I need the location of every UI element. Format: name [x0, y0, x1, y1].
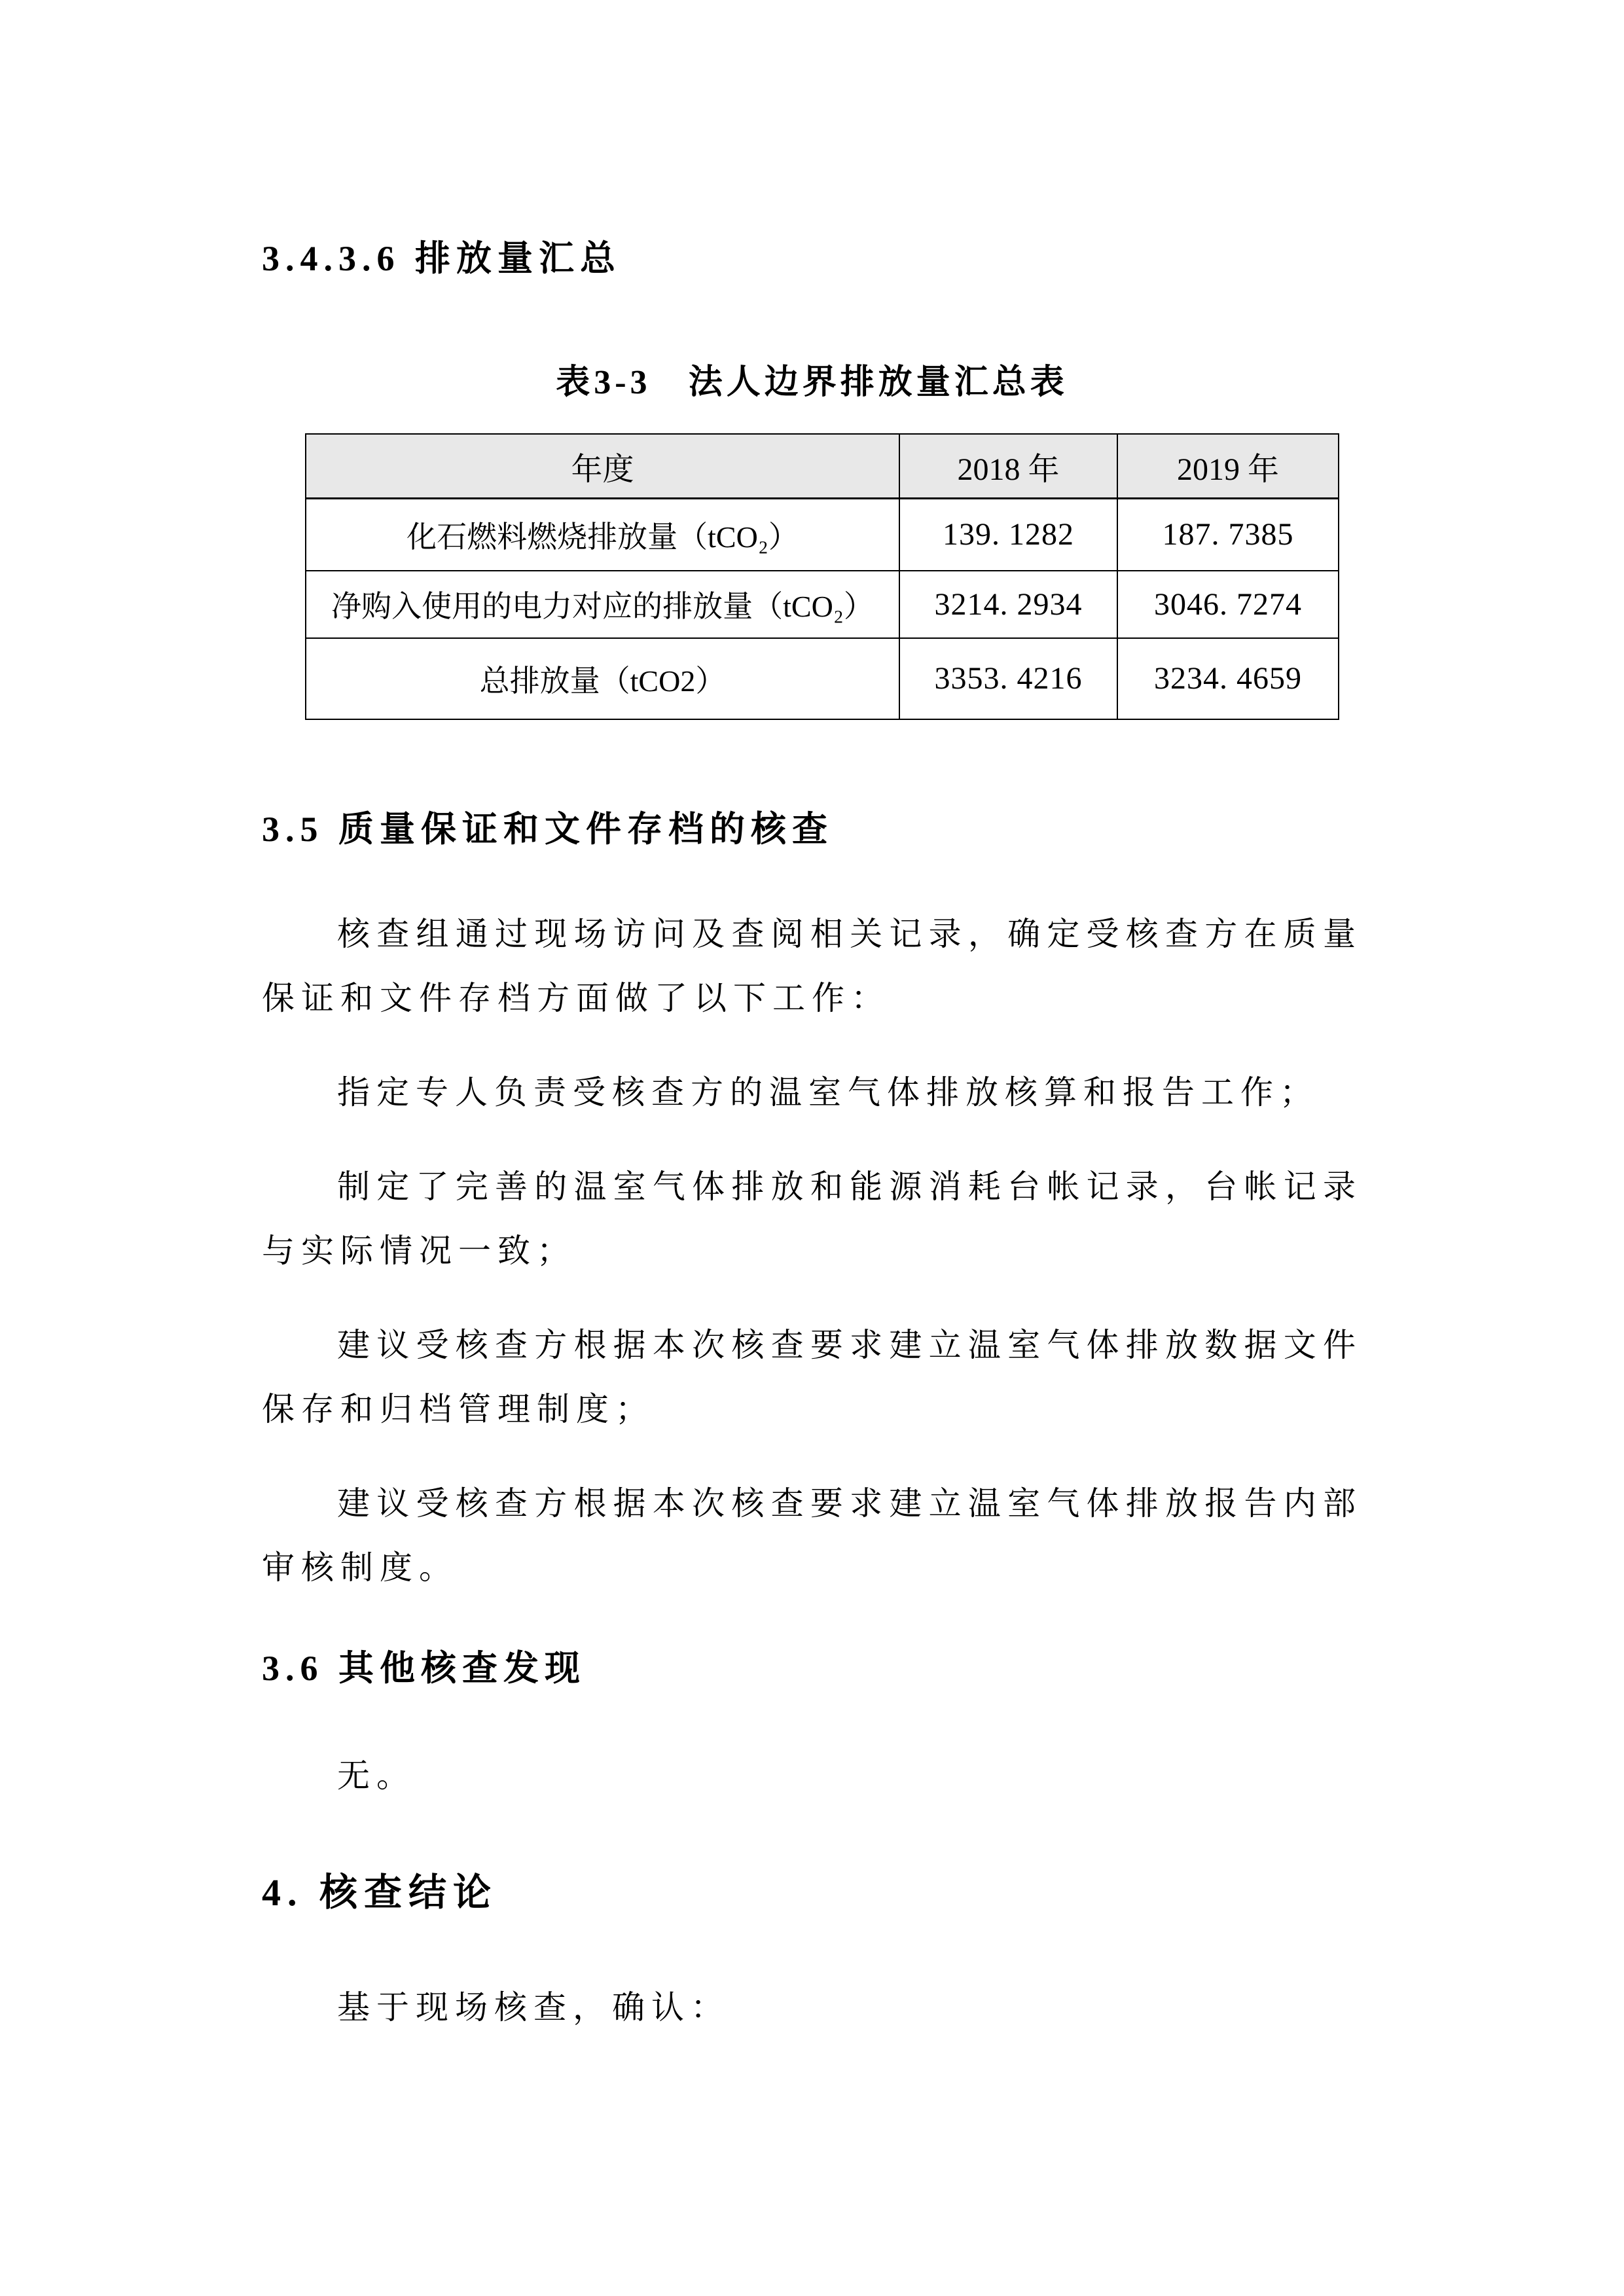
paragraph-recommend-internal-audit: 建议受核查方根据本次核查要求建立温室气体排放报告内部审核制度。 — [262, 1471, 1362, 1600]
table-row: 总排放量（tCO2） 3353. 4216 3234. 4659 — [306, 638, 1339, 719]
paragraph-conclusion-intro: 基于现场核查，确认： — [262, 1975, 1362, 2039]
section-heading-3-5: 3.5 质量保证和文件存档的核查 — [262, 808, 1362, 851]
col-header-year: 年度 — [306, 434, 899, 499]
document-page: 3.4.3.6 排放量汇总 表3-3法人边界排放量汇总表 年度 2018 年 2… — [0, 0, 1624, 2296]
table-caption-text: 法人边界排放量汇总表 — [689, 364, 1068, 401]
col-header-2019: 2019 年 — [1117, 434, 1339, 499]
table-row: 化石燃料燃烧排放量（tCO₂） 139. 1282 187. 7385 — [306, 499, 1339, 571]
paragraph-dedicated-personnel: 指定专人负责受核查方的温室气体排放核算和报告工作； — [262, 1060, 1362, 1124]
fossil-fuel-2018-value: 139. 1282 — [899, 499, 1117, 571]
paragraph-none: 无。 — [262, 1744, 1362, 1808]
row-label-purchased-electricity: 净购入使用的电力对应的排放量（tCO₂） — [306, 571, 899, 638]
row-label-total-emissions: 总排放量（tCO2） — [306, 638, 899, 719]
table-header-row: 年度 2018 年 2019 年 — [306, 434, 1339, 499]
fossil-fuel-2019-value: 187. 7385 — [1117, 499, 1339, 571]
total-2019-value: 3234. 4659 — [1117, 638, 1339, 719]
section-heading-3-6: 3.6 其他核查发现 — [262, 1647, 1362, 1690]
row-label-fossil-fuel: 化石燃料燃烧排放量（tCO₂） — [306, 499, 899, 571]
section-heading-3-4-3-6: 3.4.3.6 排放量汇总 — [262, 0, 1362, 280]
electricity-2019-value: 3046. 7274 — [1117, 571, 1339, 638]
paragraph-qa-intro: 核查组通过现场访问及查阅相关记录，确定受核查方在质量保证和文件存档方面做了以下工… — [262, 902, 1362, 1030]
section-heading-4: 4. 核查结论 — [262, 1869, 1362, 1916]
table-caption-label: 表3-3 — [556, 364, 651, 401]
table-caption: 表3-3法人边界排放量汇总表 — [262, 363, 1362, 403]
paragraph-ledger-records: 制定了完善的温室气体排放和能源消耗台帐记录，台帐记录与实际情况一致； — [262, 1155, 1362, 1283]
total-2018-value: 3353. 4216 — [899, 638, 1117, 719]
table-row: 净购入使用的电力对应的排放量（tCO₂） 3214. 2934 3046. 72… — [306, 571, 1339, 638]
col-header-2018: 2018 年 — [899, 434, 1117, 499]
paragraph-recommend-data-archive: 建议受核查方根据本次核查要求建立温室气体排放数据文件保存和归档管理制度； — [262, 1313, 1362, 1441]
electricity-2018-value: 3214. 2934 — [899, 571, 1117, 638]
emissions-summary-table: 年度 2018 年 2019 年 化石燃料燃烧排放量（tCO₂） 139. 12… — [305, 433, 1339, 720]
